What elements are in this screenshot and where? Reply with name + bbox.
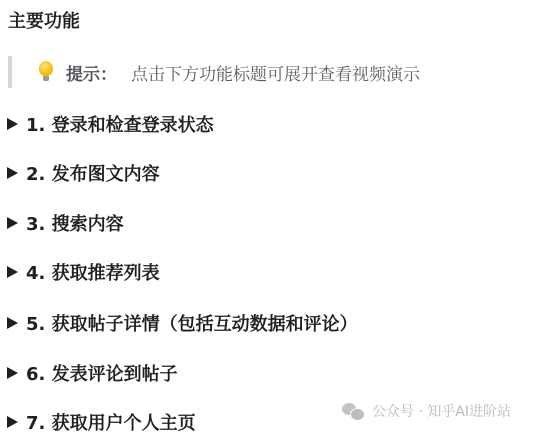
feature-label: 5. 获取帖子详情（包括互动数据和评论） <box>26 310 358 336</box>
feature-toggle-recommend[interactable]: 4. 获取推荐列表 <box>7 258 527 286</box>
disclosure-triangle-icon <box>7 217 18 229</box>
feature-toggle-post-detail[interactable]: 5. 获取帖子详情（包括互动数据和评论） <box>7 309 527 337</box>
feature-toggle-search[interactable]: 3. 搜索内容 <box>7 209 527 237</box>
disclosure-triangle-icon <box>7 266 18 278</box>
callout-bar <box>8 56 12 88</box>
disclosure-triangle-icon <box>7 367 18 379</box>
lightbulb-icon <box>39 61 53 83</box>
feature-label: 4. 获取推荐列表 <box>26 259 160 285</box>
feature-label: 2. 发布图文内容 <box>26 160 160 186</box>
disclosure-triangle-icon <box>7 416 18 428</box>
tip-label: 提示： <box>66 60 117 85</box>
disclosure-triangle-icon <box>7 317 18 329</box>
feature-toggle-login[interactable]: 1. 登录和检查登录状态 <box>7 110 527 138</box>
feature-label: 6. 发表评论到帖子 <box>26 360 178 386</box>
watermark: 公众号 · 知乎AI进阶站 <box>342 401 511 421</box>
feature-toggle-publish[interactable]: 2. 发布图文内容 <box>7 159 527 187</box>
wechat-icon <box>342 403 364 419</box>
tip-text: 点击下方功能标题可展开查看视频演示 <box>131 60 420 85</box>
tip-callout: 提示： 点击下方功能标题可展开查看视频演示 <box>8 56 508 88</box>
feature-label: 1. 登录和检查登录状态 <box>26 111 214 137</box>
feature-toggle-comment[interactable]: 6. 发表评论到帖子 <box>7 359 527 387</box>
watermark-text: 公众号 · 知乎AI进阶站 <box>372 401 511 421</box>
feature-label: 7. 获取用户个人主页 <box>26 409 196 435</box>
disclosure-triangle-icon <box>7 118 18 130</box>
disclosure-triangle-icon <box>7 167 18 179</box>
section-heading: 主要功能 <box>8 9 80 35</box>
feature-label: 3. 搜索内容 <box>26 210 124 236</box>
